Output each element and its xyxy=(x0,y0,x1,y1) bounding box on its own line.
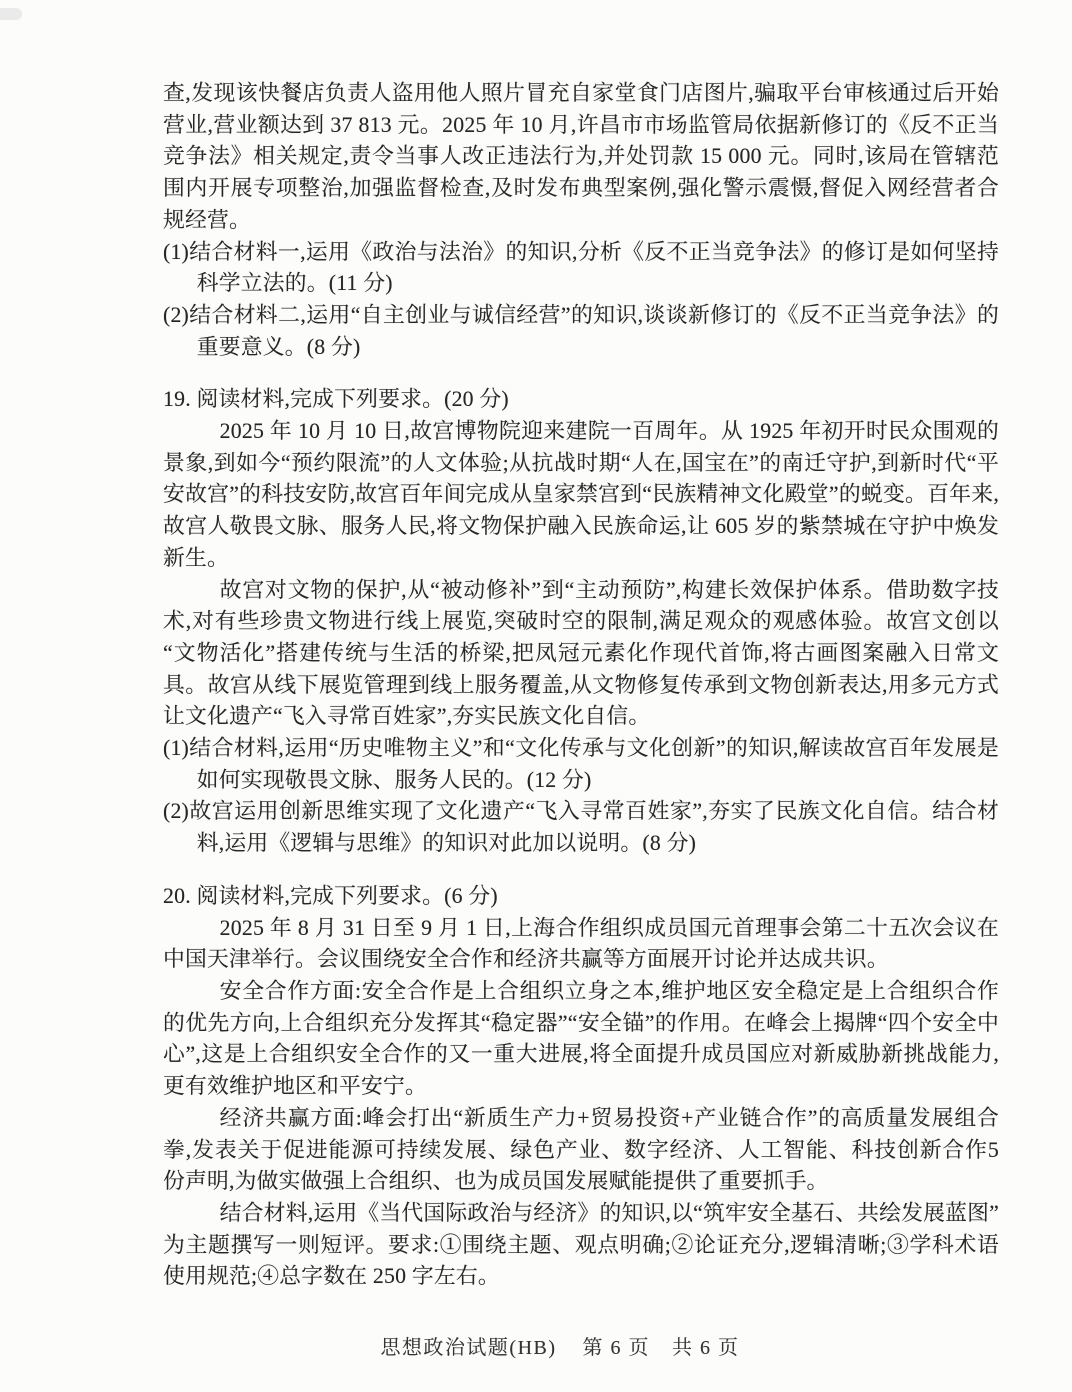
question-19-material-paragraph-2: 故宫对文物的保护,从“被动修补”到“主动预防”,构建长效保护体系。借助数字技术,… xyxy=(163,575,999,734)
question-18-subquestion-2: (2)结合材料二,运用“自主创业与诚信经营”的知识,谈谈新修订的《反不正当竞争法… xyxy=(163,300,999,363)
question-18-subquestion-1: (1)结合材料一,运用《政治与法治》的知识,分析《反不正当竞争法》的修订是如何坚… xyxy=(163,237,999,300)
question-20-material-paragraph-2: 安全合作方面:安全合作是上合组织立身之本,维护地区安全稳定是上合组织合作的优先方… xyxy=(163,976,999,1103)
footer-exam-title: 思想政治试题(HB) xyxy=(380,1337,556,1359)
question-20-header: 20. 阅读材料,完成下列要求。(6 分) xyxy=(163,881,999,913)
question-19-material-paragraph-1: 2025 年 10 月 10 日,故宫博物院迎来建院一百周年。从 1925 年初… xyxy=(163,416,999,575)
question-20-material-paragraph-1: 2025 年 8 月 31 日至 9 月 1 日,上海合作组织成员国元首理事会第… xyxy=(163,913,999,976)
question-20-task-paragraph: 结合材料,运用《当代国际政治与经济》的知识,以“筑牢安全基石、共绘发展蓝图”为主… xyxy=(163,1198,999,1293)
question-20-material-paragraph-3: 经济共赢方面:峰会打出“新质生产力+贸易投资+产业链合作”的高质量发展组合拳,发… xyxy=(163,1103,999,1198)
footer-page-total: 共 6 页 xyxy=(672,1337,740,1359)
question-19-header: 19. 阅读材料,完成下列要求。(20 分) xyxy=(163,384,999,416)
question-18-material-continuation: 查,发现该快餐店负责人盗用他人照片冒充自家堂食门店图片,骗取平台审核通过后开始营… xyxy=(163,78,999,237)
question-19-subquestion-1: (1)结合材料,运用“历史唯物主义”和“文化传承与文化创新”的知识,解读故宫百年… xyxy=(163,733,999,796)
question-19-subquestion-2: (2)故宫运用创新思维实现了文化遗产“飞入寻常百姓家”,夯实了民族文化自信。结合… xyxy=(163,796,999,859)
scan-artifact xyxy=(0,8,22,20)
footer-page-number: 第 6 页 xyxy=(583,1337,651,1359)
page-footer: 思想政治试题(HB)第 6 页共 6 页 xyxy=(0,1331,1072,1360)
exam-page: 查,发现该快餐店负责人盗用他人照片冒充自家堂食门店图片,骗取平台审核通过后开始营… xyxy=(0,0,1072,1392)
page-content: 查,发现该快餐店负责人盗用他人照片冒充自家堂食门店图片,骗取平台审核通过后开始营… xyxy=(163,78,999,1293)
